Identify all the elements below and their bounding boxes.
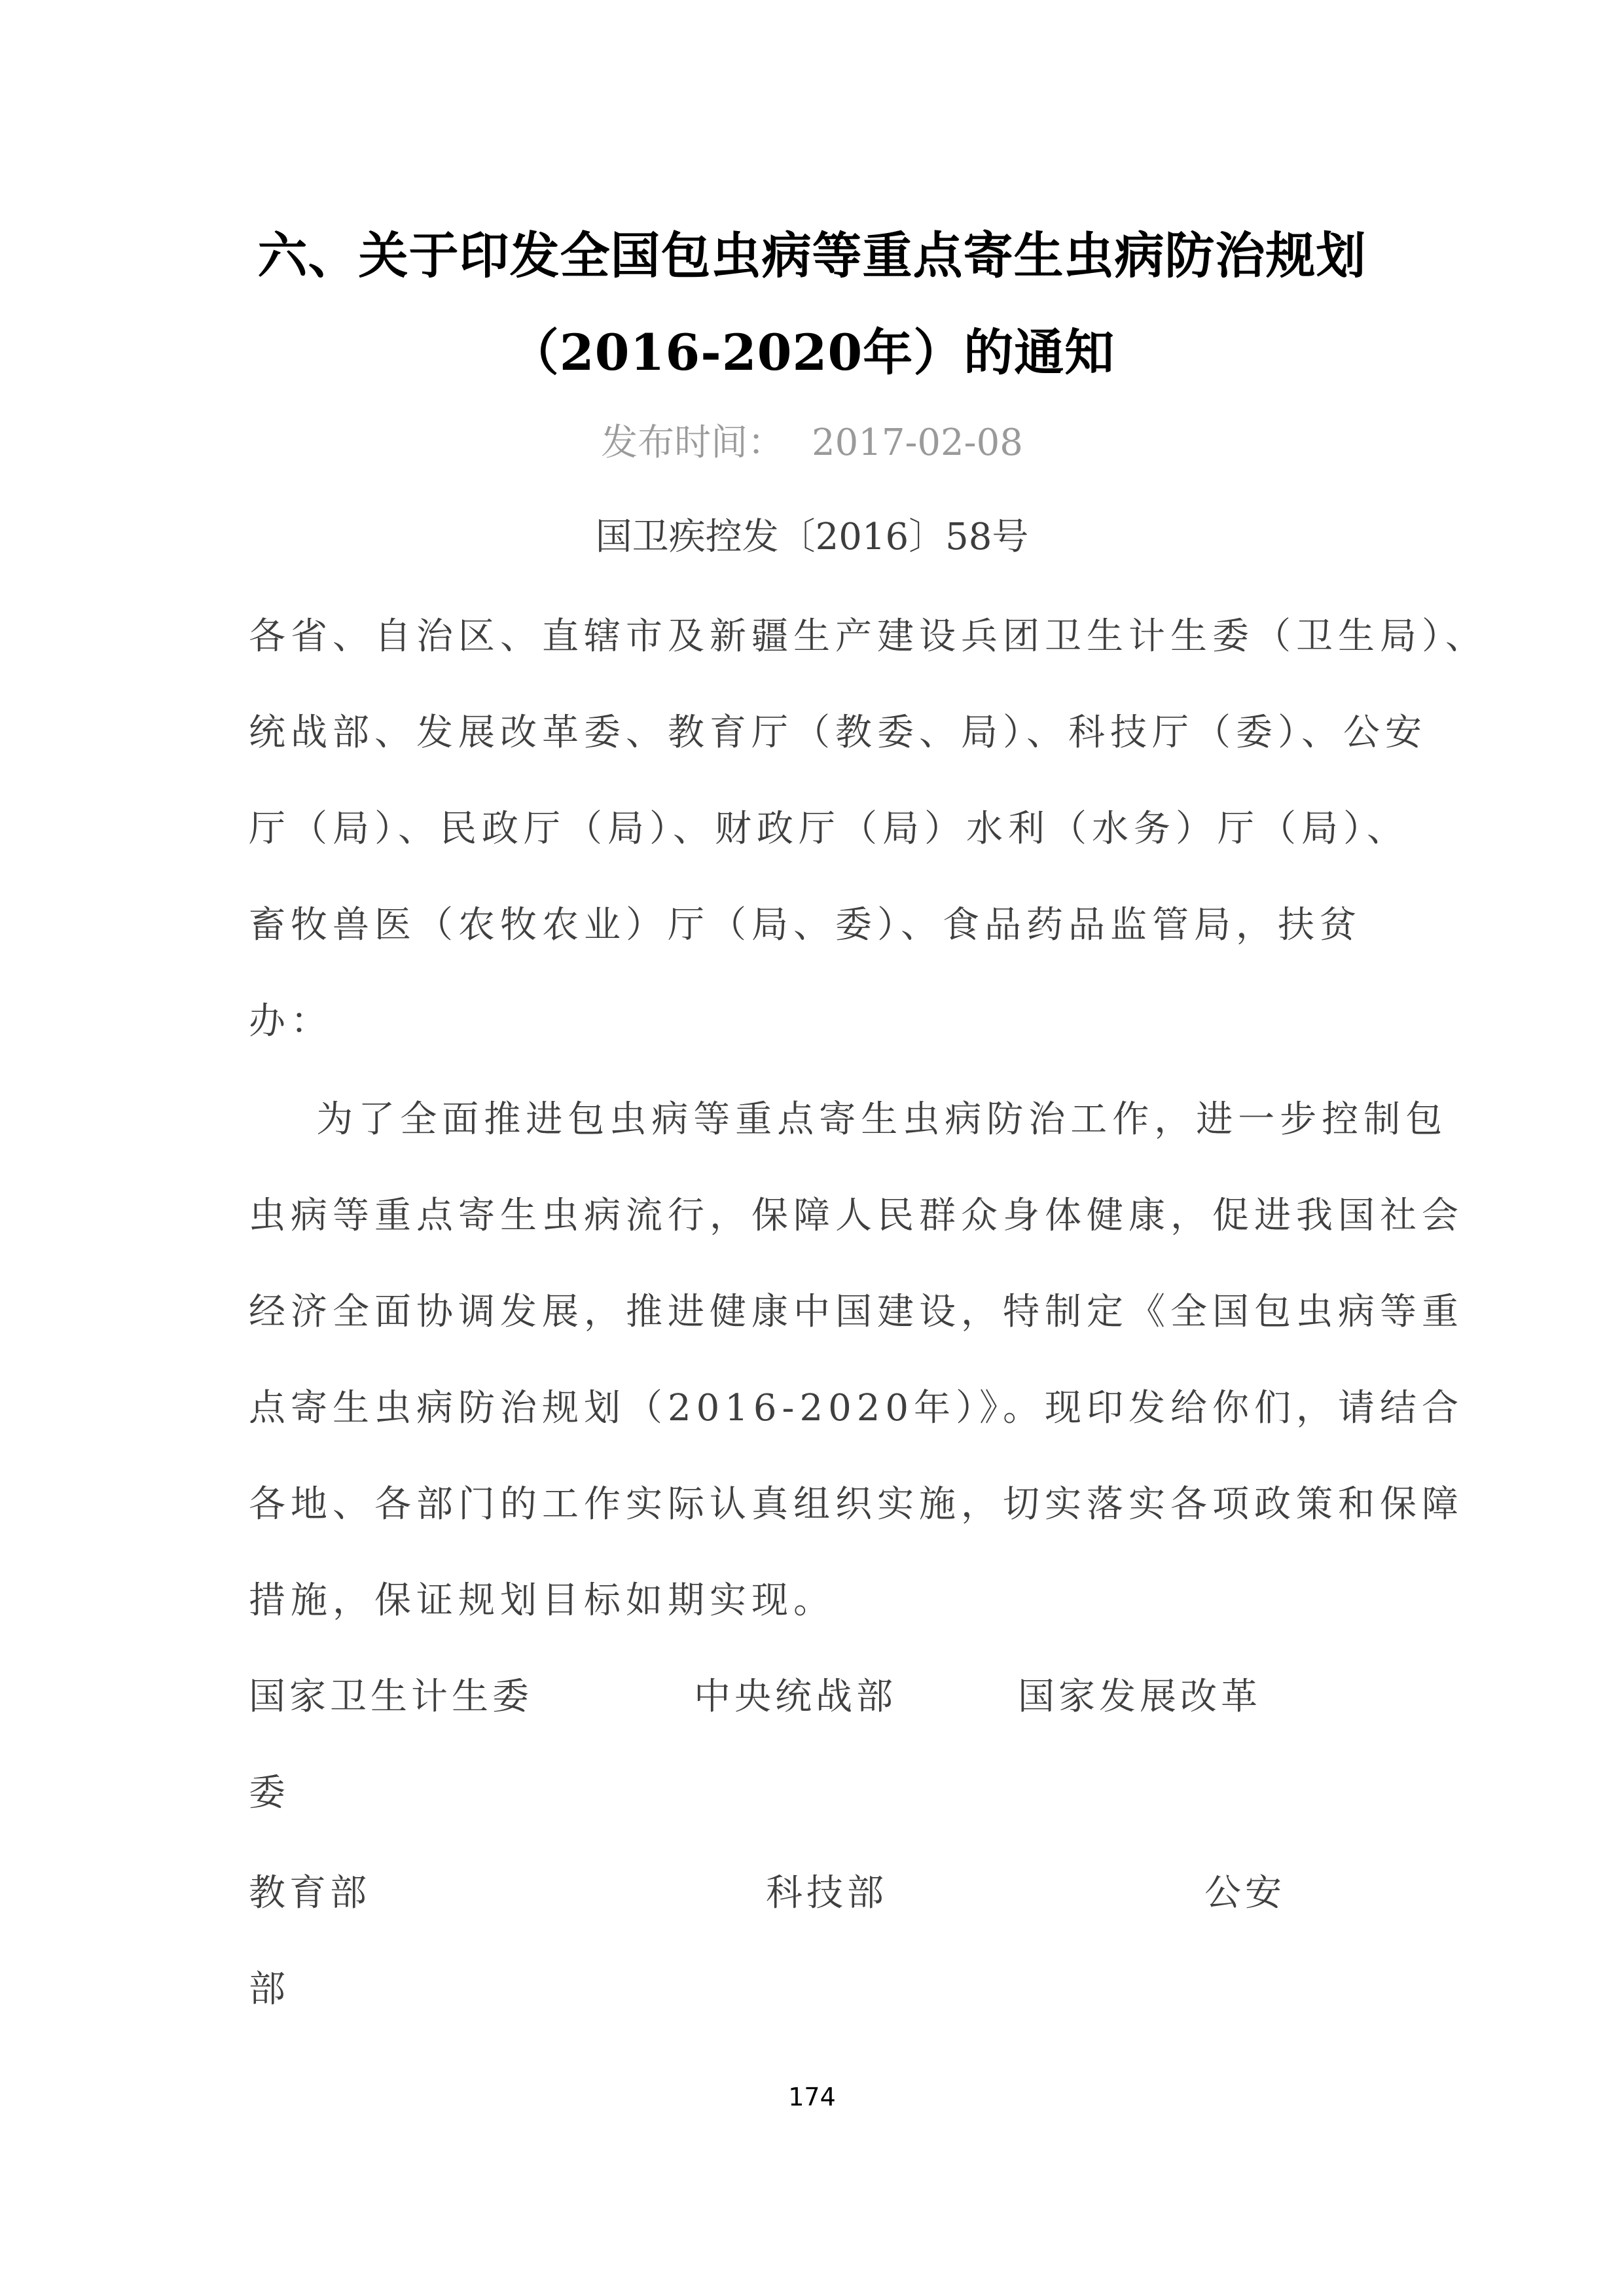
document-title-line-1: 六、关于印发全国包虫病等重点寄生虫病防治规划	[0, 216, 1624, 287]
addressee-line: 畜牧兽医（农牧农业）厅（局、委）、食品药品监管局，扶贫	[249, 896, 1362, 948]
publish-date-line: 发布时间： 2017-02-08	[0, 414, 1624, 466]
signatory-wrap: 部	[249, 1960, 289, 2013]
signatory: 公安	[1204, 1864, 1286, 1916]
publish-date: 2017-02-08	[812, 422, 1023, 464]
signatory: 教育部	[249, 1864, 370, 1916]
page-number: 174	[0, 2083, 1624, 2111]
document-page: 六、关于印发全国包虫病等重点寄生虫病防治规划 （2016-2020年）的通知 发…	[0, 0, 1624, 2296]
addressee-line: 统战部、发展改革委、教育厅（教委、局）、科技厅（委）、公安	[249, 704, 1427, 756]
addressee-line: 厅（局）、民政厅（局）、财政厅（局）水利（水务）厅（局）、	[249, 800, 1409, 852]
body-line: 点寄生虫病防治规划（2016-2020年）》。现印发给你们，请结合	[249, 1379, 1464, 1431]
signatory-wrap: 委	[249, 1764, 289, 1816]
addressee-line: 各省、自治区、直辖市及新疆生产建设兵团卫生计生委（卫生局）、	[249, 607, 1487, 660]
publish-label: 发布时间：	[601, 422, 784, 464]
document-title-line-2: （2016-2020年）的通知	[0, 313, 1624, 384]
body-line: 为了全面推进包虫病等重点寄生虫病防治工作，进一步控制包	[249, 1090, 1447, 1143]
signatory: 中央统战部	[694, 1668, 897, 1720]
document-number: 国卫疾控发〔2016〕58号	[0, 508, 1624, 560]
body-line: 经济全面协调发展，推进健康中国建设，特制定《全国包虫病等重	[249, 1283, 1464, 1335]
signatory: 国家发展改革	[1018, 1668, 1261, 1720]
body-line: 虫病等重点寄生虫病流行，保障人民群众身体健康，促进我国社会	[249, 1187, 1464, 1239]
body-line: 措施，保证规划目标如期实现。	[249, 1571, 835, 1624]
body-line: 各地、各部门的工作实际认真组织实施，切实落实各项政策和保障	[249, 1475, 1464, 1528]
signatory: 科技部	[766, 1864, 888, 1916]
addressee-line: 办：	[249, 992, 333, 1045]
signatory: 国家卫生计生委	[249, 1668, 533, 1720]
